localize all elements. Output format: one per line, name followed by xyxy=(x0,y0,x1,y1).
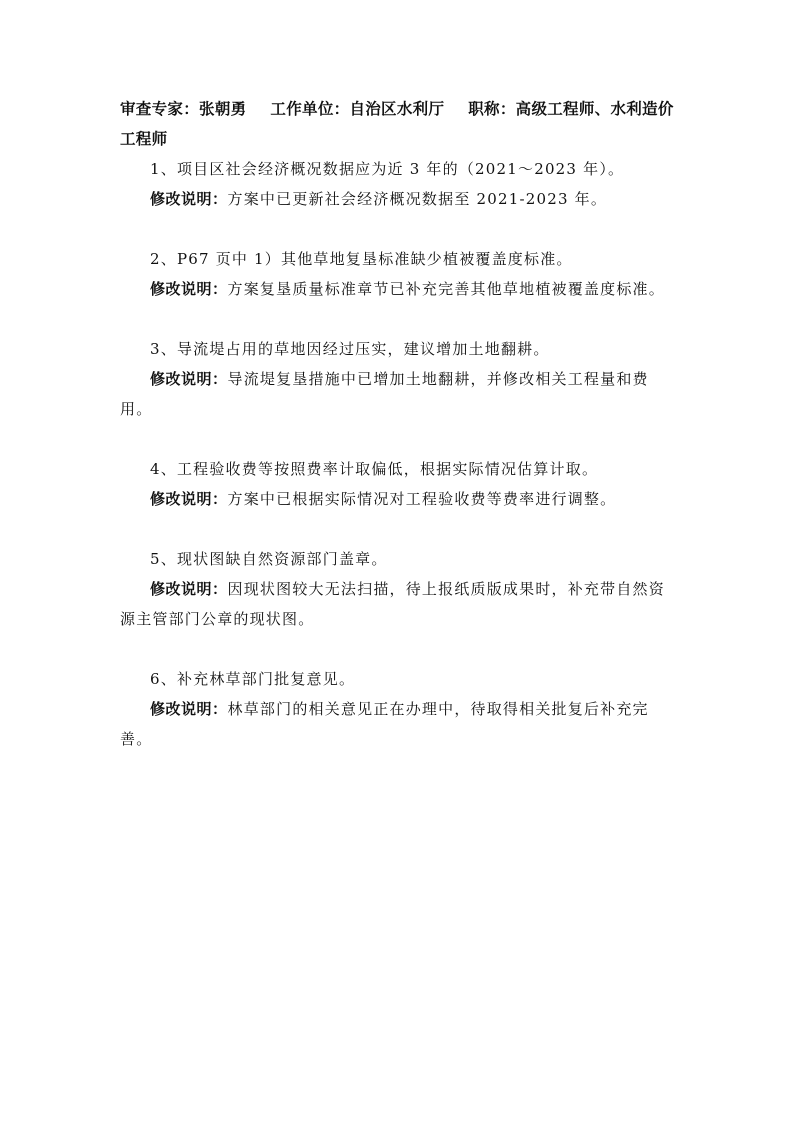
response-label: 修改说明： xyxy=(150,370,228,388)
comment-text: 1、项目区社会经济概况数据应为近 3 年的（2021～2023 年）。 xyxy=(120,154,676,184)
review-item-4: 4、工程验收费等按照费率计取偏低，根据实际情况估算计取。 修改说明：方案中已根据… xyxy=(120,454,676,514)
title-label: 职称： xyxy=(468,100,515,118)
comment-text: 3、导流堤占用的草地因经过压实，建议增加土地翻耕。 xyxy=(120,334,676,364)
response-text: 修改说明：方案中已更新社会经济概况数据至 2021-2023 年。 xyxy=(120,184,676,214)
response-text: 修改说明：因现状图较大无法扫描，待上报纸质版成果时，补充带自然资源主管部门公章的… xyxy=(120,574,676,634)
comment-text: 5、现状图缺自然资源部门盖章。 xyxy=(120,544,676,574)
document-page: 审查专家：张朝勇工作单位：自治区水利厅职称：高级工程师、水利造价工程师 1、项目… xyxy=(120,94,676,754)
response-label: 修改说明： xyxy=(150,490,228,508)
reviewer-header: 审查专家：张朝勇工作单位：自治区水利厅职称：高级工程师、水利造价工程师 xyxy=(120,94,676,154)
review-item-5: 5、现状图缺自然资源部门盖章。 修改说明：因现状图较大无法扫描，待上报纸质版成果… xyxy=(120,544,676,634)
response-text: 修改说明：方案复垦质量标准章节已补充完善其他草地植被覆盖度标准。 xyxy=(120,274,676,304)
response-text: 修改说明：方案中已根据实际情况对工程验收费等费率进行调整。 xyxy=(120,484,676,514)
comment-text: 6、补充林草部门批复意见。 xyxy=(120,664,676,694)
response-label: 修改说明： xyxy=(150,280,228,298)
response-text: 修改说明：导流堤复垦措施中已增加土地翻耕，并修改相关工程量和费用。 xyxy=(120,364,676,424)
review-item-3: 3、导流堤占用的草地因经过压实，建议增加土地翻耕。 修改说明：导流堤复垦措施中已… xyxy=(120,334,676,424)
comment-text: 2、P67 页中 1）其他草地复垦标准缺少植被覆盖度标准。 xyxy=(120,244,676,274)
expert-label: 审查专家： xyxy=(120,100,199,118)
unit-name: 自治区水利厅 xyxy=(349,100,444,118)
review-item-2: 2、P67 页中 1）其他草地复垦标准缺少植被覆盖度标准。 修改说明：方案复垦质… xyxy=(120,244,676,304)
review-item-6: 6、补充林草部门批复意见。 修改说明：林草部门的相关意见正在办理中，待取得相关批… xyxy=(120,664,676,754)
unit-label: 工作单位： xyxy=(270,100,349,118)
response-label: 修改说明： xyxy=(150,580,228,598)
comment-text: 4、工程验收费等按照费率计取偏低，根据实际情况估算计取。 xyxy=(120,454,676,484)
response-label: 修改说明： xyxy=(150,700,228,718)
review-item-1: 1、项目区社会经济概况数据应为近 3 年的（2021～2023 年）。 修改说明… xyxy=(120,154,676,214)
response-label: 修改说明： xyxy=(150,190,228,208)
response-text: 修改说明：林草部门的相关意见正在办理中，待取得相关批复后补充完善。 xyxy=(120,694,676,754)
expert-name: 张朝勇 xyxy=(199,100,246,118)
